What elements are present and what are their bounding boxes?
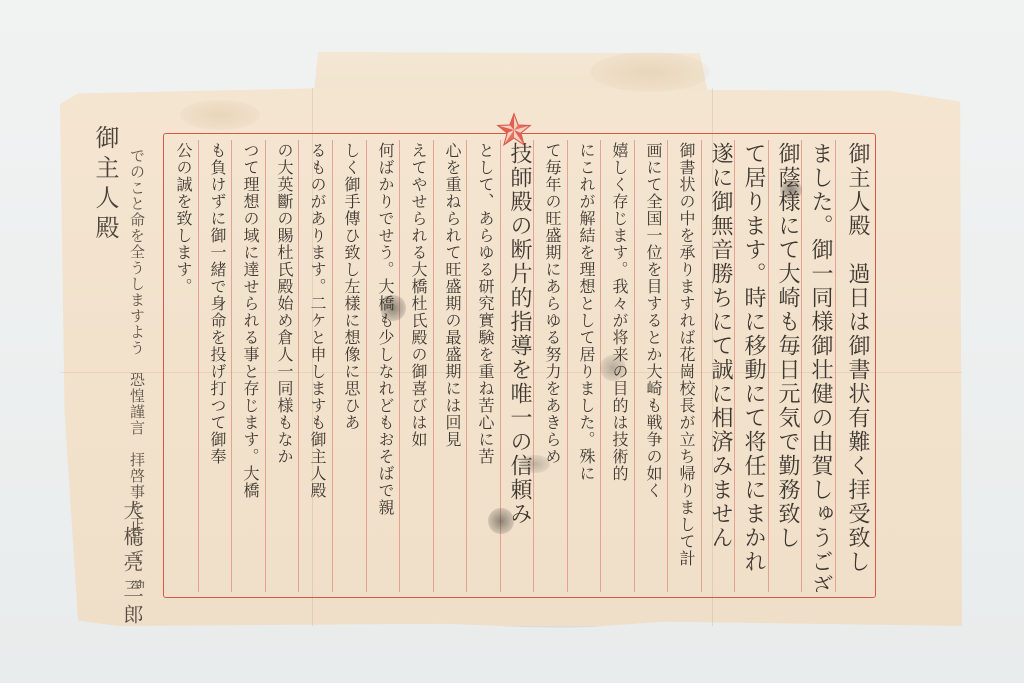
ink-smudge xyxy=(780,180,802,200)
letter-text-column: えてやせられる大橋杜氏殿の御喜びは如 xyxy=(403,142,433,592)
column-rule xyxy=(835,140,836,592)
column-rule xyxy=(634,140,635,592)
letter-text-column: にこれが解結を理想として居りました。殊に xyxy=(571,142,601,592)
letter-text-column: も負けずに御一緒で身命を投げ打つて御奉 xyxy=(202,142,232,592)
column-rule xyxy=(265,140,266,592)
letter-text-column: るものがあります。二ケと申しますも御主人殿 xyxy=(302,142,332,592)
column-rule xyxy=(433,140,434,592)
letter-text-column: 遂に御無音勝ちにて誠に相済みません xyxy=(705,142,735,592)
paper-stain xyxy=(180,100,260,130)
letter-text-column: ました。御一同様御壮健の由賀しゅうございます xyxy=(805,142,835,592)
column-rule xyxy=(768,140,769,592)
letter-text-column: 公の誠を致します。 xyxy=(168,142,198,592)
letter-text-column: 御蔭様にて大崎も毎日元気で勤務致し xyxy=(772,142,802,592)
letter-text-column: しく御手傳ひ致し左樣に想像に思ひあ xyxy=(336,142,366,592)
addressee: 御主人殿 xyxy=(92,125,118,245)
letter-text-column: 心を重ねられて旺盛期の最盛期には回見 xyxy=(437,142,467,592)
letter-text-column: て毎年の旺盛期にあらゆる努力をあきらめ xyxy=(537,142,567,592)
letter-text-column: て居ります。時に移動にて将任にまかれ xyxy=(738,142,768,592)
letter-text-column: 何ばかりでせう。大橋も少しなれどもおそばで親 xyxy=(370,142,400,592)
column-rule xyxy=(366,140,367,592)
signature: 大橋亮三郎 xyxy=(120,500,144,630)
paper-stain xyxy=(590,52,710,92)
letter-text-column: 御主人殿 過日は御書状有難く拝受致し xyxy=(842,142,872,592)
column-rule xyxy=(332,140,333,592)
letter-text-column: の大英斷の賜杜氏殿始め倉人一同様もなか xyxy=(269,142,299,592)
column-rule xyxy=(198,140,199,592)
column-rule xyxy=(567,140,568,592)
letter-text-column: 画にて全国一位を目するとか大崎も戦争の如く xyxy=(638,142,668,592)
ink-smudge xyxy=(520,455,550,473)
letter-text-column: つて理想の域に達せられる事と存じます。大橋 xyxy=(235,142,265,592)
letter-text-column: 御書状の中を承りますれば花崗校長が立ち帰りまして計 xyxy=(671,142,701,592)
ink-smudge xyxy=(488,508,514,534)
ink-smudge xyxy=(380,295,406,321)
column-rule xyxy=(701,140,702,592)
ink-smudge xyxy=(600,355,626,381)
